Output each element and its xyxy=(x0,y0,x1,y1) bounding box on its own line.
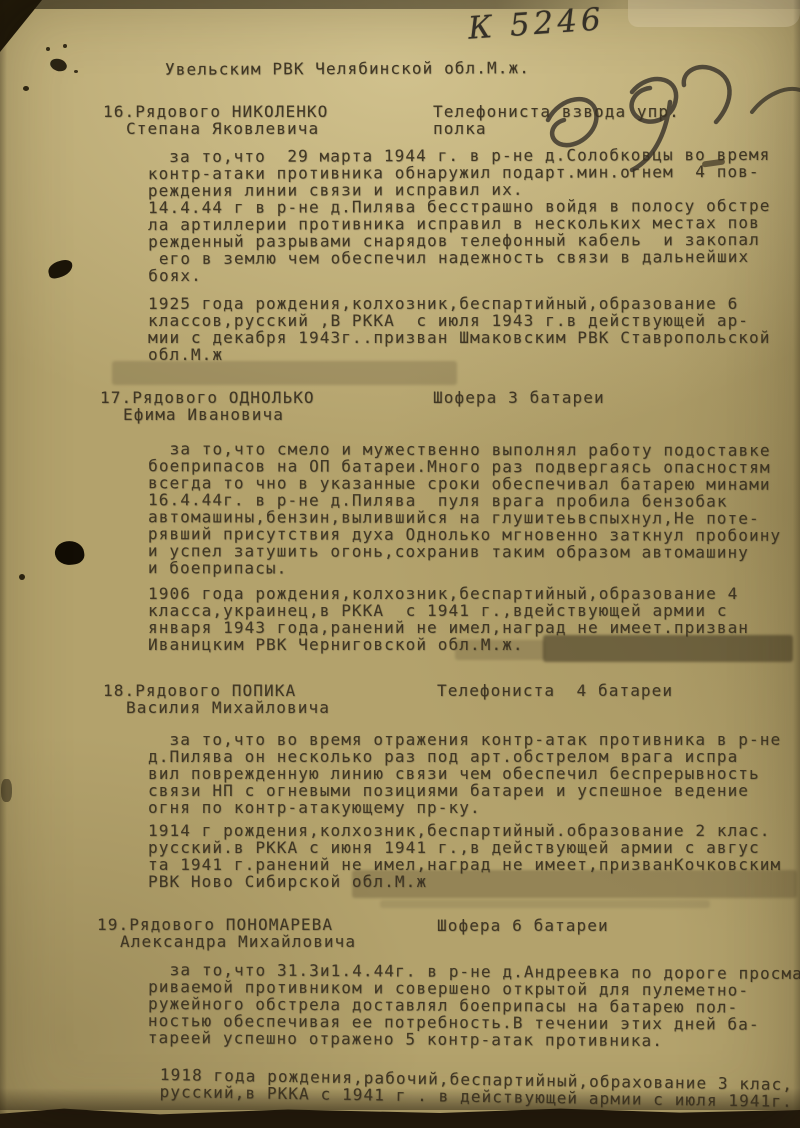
scanned-document-page: К 5246 Увельским РВК Челябинской обл.М.ж… xyxy=(0,0,800,1128)
right-edge-shadow xyxy=(793,0,800,1128)
left-edge-shadow xyxy=(0,0,7,1128)
entry-patronymic: Степана Яковлевича xyxy=(126,120,328,137)
entry-position: Шофера 6 батареи xyxy=(437,917,609,934)
typed-line: та 1941 г.ранений не имел,наград не имее… xyxy=(148,856,781,873)
entry-position: Телефониста 4 батареи xyxy=(437,682,673,699)
top-right-light-patch xyxy=(628,0,800,27)
entry16-name-block: 16.Рядового НИКОЛЕНКО Степана Яковлевича xyxy=(103,103,328,137)
typed-line: классов,русский ,В РККА с июля 1943 г.в … xyxy=(148,312,771,329)
entry-patronymic: Василия Михайловича xyxy=(126,699,330,716)
paper-speck xyxy=(63,44,67,48)
typed-line: 1906 года рождения,колхозник,беспартийны… xyxy=(148,585,749,602)
faint-strikeout-row xyxy=(380,900,710,908)
typed-line: 1914 г рождения,колхозник,беспартийный.о… xyxy=(148,822,781,839)
typed-line: мии с декабря 1943г..призван Шмаковским … xyxy=(148,329,771,346)
entry17-citation: за то,что смело и мужественно выполнял р… xyxy=(148,440,782,578)
entry19-name-block: 19.Рядового ПОНОМАРЕВА Александра Михайл… xyxy=(97,916,356,950)
typed-line: за то,что во время отражения контр-атак … xyxy=(148,731,781,748)
entry-position-line2: полка xyxy=(433,120,680,137)
entry-patronymic: Ефима Ивановича xyxy=(123,406,315,423)
entry17-position-block: Шофера 3 батареи xyxy=(433,389,605,406)
entry18-position-block: Телефониста 4 батареи xyxy=(437,682,673,699)
entry-rank-name: 17.Рядового ОДНОЛЬКО xyxy=(100,389,315,406)
typed-line: д.Пилява он несколько раз под арт.обстре… xyxy=(148,748,781,765)
typed-line: связи НП с огневыми позициями батареи и … xyxy=(148,782,781,799)
entry19-citation: за то,что 31.3и1.4.44г. в р-не д.Андреев… xyxy=(148,961,800,1050)
typed-line: класса,украинец,в РККА с 1941 г.,вдейств… xyxy=(148,602,749,619)
paper-speck xyxy=(74,70,78,73)
typed-line: русский.в РККА с июня 1941 г.,в действую… xyxy=(148,839,781,856)
ink-blot xyxy=(46,258,74,280)
entry19-position-block: Шофера 6 батареи xyxy=(437,917,609,934)
entry18-name-block: 18.Рядового ПОПИКА Василия Михайловича xyxy=(103,682,330,716)
edge-smudge xyxy=(1,779,12,802)
typed-line: боях. xyxy=(148,265,771,284)
entry18-citation: за то,что во время отражения контр-атак … xyxy=(148,731,781,816)
typed-line: 1925 года рождения,колхозник,беспартийны… xyxy=(148,295,771,312)
entry16-position-block: Телефониста взвода упр. полка xyxy=(433,103,680,137)
paper-speck xyxy=(23,86,29,91)
typed-line: его в землю чем обеспечил надежность свя… xyxy=(148,248,771,267)
typed-line: РВК Ново Сибирской обл.М.ж xyxy=(148,873,781,890)
entry17-name-block: 17.Рядового ОДНОЛЬКО Ефима Ивановича xyxy=(100,389,315,423)
typed-line: обл.М.ж xyxy=(148,346,771,363)
entry-patronymic: Александра Михайловича xyxy=(120,933,356,950)
typed-line: января 1943 года,ранений не имел,наград … xyxy=(148,619,749,636)
entry-rank-name: 16.Рядового НИКОЛЕНКО xyxy=(103,103,328,120)
smudge-bar-entry16 xyxy=(112,361,457,385)
pen-stroke-top-right xyxy=(748,78,800,120)
entry-position: Шофера 3 батареи xyxy=(433,389,605,406)
typed-line: вил поврежденную линию связи чем обеспеч… xyxy=(148,765,781,782)
entry17-bio: 1906 года рождения,колхозник,беспартийны… xyxy=(148,585,749,653)
typed-line: Иваницким РВК Черниговской обл.М.ж. xyxy=(148,636,749,653)
entry-rank-name: 18.Рядового ПОПИКА xyxy=(103,682,330,699)
entry-rank-name: 19.Рядового ПОНОМАРЕВА xyxy=(97,916,356,933)
entry16-bio: 1925 года рождения,колхозник,беспартийны… xyxy=(148,295,771,363)
paper-speck xyxy=(46,47,50,51)
typed-line: огня по контр-атакующему пр-ку. xyxy=(148,799,781,816)
entry18-bio: 1914 г рождения,колхозник,беспартийный.о… xyxy=(148,822,781,890)
registry-line: Увельским РВК Челябинской обл.М.ж. xyxy=(165,59,530,78)
entry16-citation: за то,что 29 марта 1944 г. в р-не д.Соло… xyxy=(148,146,771,284)
paper-speck xyxy=(19,574,25,580)
typed-line: и боеприпасы. xyxy=(148,559,781,578)
paper-hole xyxy=(49,57,69,74)
entry-position: Телефониста взвода упр. xyxy=(433,103,680,120)
paper-hole xyxy=(53,539,85,567)
